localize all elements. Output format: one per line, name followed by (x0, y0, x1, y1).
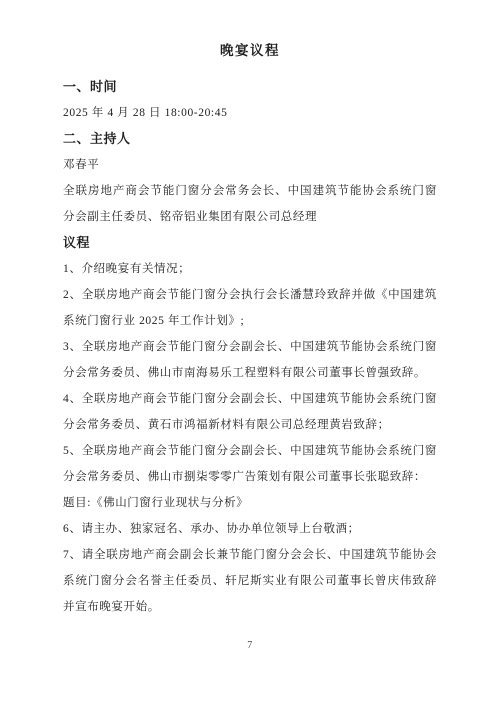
section-heading-agenda: 议程 (63, 230, 437, 256)
agenda-item-5: 5、全联房地产商会节能门窗分会副会长、中国建筑节能协会系统门窗分会常务委员、佛山… (63, 438, 437, 490)
page-number: 7 (0, 640, 500, 651)
agenda-item-3: 3、全联房地产商会节能门窗分会副会长、中国建筑节能协会系统门窗分会常务委员、佛山… (63, 334, 437, 386)
paragraph-host-titles: 全联房地产商会节能门窗分会常务会长、中国建筑节能协会系统门窗分会副主任委员、铭帝… (63, 178, 437, 230)
paragraph-datetime: 2025 年 4 月 28 日 18:00-20:45 (63, 100, 437, 126)
agenda-item-2: 2、全联房地产商会节能门窗分会执行会长潘慧玲致辞并做《中国建筑系统门窗行业 20… (63, 282, 437, 334)
agenda-item-1: 1、介绍晚宴有关情况； (63, 256, 437, 282)
document-page: 晚宴议程 一、时间 2025 年 4 月 28 日 18:00-20:45 二、… (0, 0, 500, 707)
agenda-item-6: 6、请主办、独家冠名、承办、协办单位领导上台敬酒； (63, 516, 437, 542)
section-heading-host: 二、主持人 (63, 126, 437, 152)
page-title: 晚宴议程 (63, 42, 437, 60)
agenda-item-5-topic: 题目:《佛山门窗行业现状与分析》 (63, 490, 437, 516)
paragraph-host-name: 邓春平 (63, 152, 437, 178)
agenda-item-4: 4、全联房地产商会节能门窗分会副会长、中国建筑节能协会系统门窗分会常务委员、黄石… (63, 386, 437, 438)
section-heading-time: 一、时间 (63, 74, 437, 100)
agenda-item-7: 7、请全联房地产商会副会长兼节能门窗分会会长、中国建筑节能协会系统门窗分会名誉主… (63, 542, 437, 620)
